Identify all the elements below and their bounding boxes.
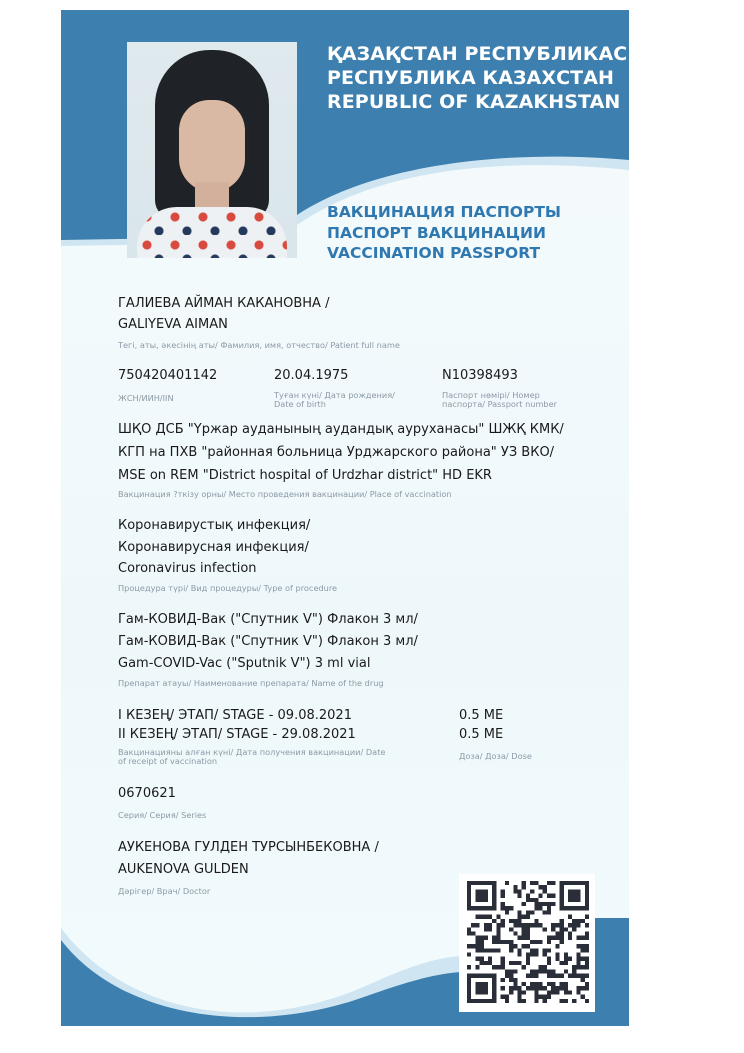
document-title-en: VACCINATION PASSPORT	[327, 243, 561, 264]
place-line-1: ШҚО ДСБ "Үржар ауданының аудандық ауруха…	[118, 420, 564, 440]
holder-photo	[127, 42, 297, 258]
place-line-2: КГП на ПХВ "районная больница Урджарског…	[118, 443, 554, 463]
document-title: ВАКЦИНАЦИЯ ПАСПОРТЫ ПАСПОРТ ВАКЦИНАЦИИ V…	[327, 202, 561, 264]
doctor-label: Дәрігер/ Врач/ Doctor	[118, 886, 210, 896]
qr-code-image	[467, 880, 589, 1004]
stage-1-date: I КЕЗЕҢ/ ЭТАП/ STAGE - 09.08.2021	[118, 706, 352, 726]
country-title: ҚАЗАҚСТАН РЕСПУБЛИКАСЫ РЕСПУБЛИКА КАЗАХС…	[327, 42, 647, 114]
place-label: Вакцинация ?ткізу орны/ Место проведения…	[118, 489, 452, 499]
document-title-kk: ВАКЦИНАЦИЯ ПАСПОРТЫ	[327, 202, 561, 223]
passport-number-value: N10398493	[442, 366, 518, 386]
country-title-ru: РЕСПУБЛИКА КАЗАХСТАН	[327, 66, 647, 90]
procedure-label: Процедура түрі/ Вид процедуры/ Type of p…	[118, 583, 337, 593]
dose-label: Доза/ Доза/ Dose	[459, 751, 532, 761]
stage-label-line-2: of receipt of vaccination	[118, 756, 217, 766]
patient-name-line-2: GALIYEVA AIMAN	[118, 315, 228, 335]
doctor-name-line-1: АУКЕНОВА ГУЛДЕН ТУРСЫНБЕКОВНА /	[118, 838, 379, 858]
drug-line-2: Гам-КОВИД-Вак ("Спутник V") Флакон 3 мл/	[118, 632, 418, 652]
procedure-line-3: Coronavirus infection	[118, 559, 257, 579]
document-title-ru: ПАСПОРТ ВАКЦИНАЦИИ	[327, 223, 561, 244]
procedure-line-1: Коронавирустық инфекция/	[118, 516, 310, 536]
passport-number-label-line-2: паспорта/ Passport number	[442, 399, 557, 409]
iin-label: ЖСН/ИИН/IIN	[118, 393, 174, 403]
drug-line-3: Gam-COVID-Vac ("Sputnik V") 3 ml vial	[118, 654, 370, 674]
procedure-line-2: Коронавирусная инфекция/	[118, 538, 309, 558]
stage-2-date: II КЕЗЕҢ/ ЭТАП/ STAGE - 29.08.2021	[118, 725, 356, 745]
dob-value: 20.04.1975	[274, 366, 348, 386]
qr-code[interactable]	[459, 874, 595, 1012]
dob-label-line-2: Date of birth	[274, 399, 326, 409]
drug-line-1: Гам-КОВИД-Вак ("Спутник V") Флакон 3 мл/	[118, 610, 418, 630]
country-title-kk: ҚАЗАҚСТАН РЕСПУБЛИКАСЫ	[327, 42, 647, 66]
stage-1-dose: 0.5 МЕ	[459, 706, 503, 726]
patient-name-line-1: ГАЛИЕВА АЙМАН КАКАНОВНА /	[118, 294, 329, 314]
iin-value: 750420401142	[118, 366, 217, 386]
series-label: Серия/ Серия/ Series	[118, 810, 206, 820]
patient-name-label: Тегі, аты, әкесінің аты/ Фамилия, имя, о…	[118, 340, 400, 350]
doctor-name-line-2: AUKENOVA GULDEN	[118, 860, 249, 880]
stage-2-dose: 0.5 МЕ	[459, 725, 503, 745]
series-value: 0670621	[118, 784, 176, 804]
country-title-en: REPUBLIC OF KAZAKHSTAN	[327, 90, 647, 114]
place-line-3: MSE on REM "District hospital of Urdzhar…	[118, 466, 492, 486]
drug-label: Препарат атауы/ Наименование препарата/ …	[118, 678, 384, 688]
